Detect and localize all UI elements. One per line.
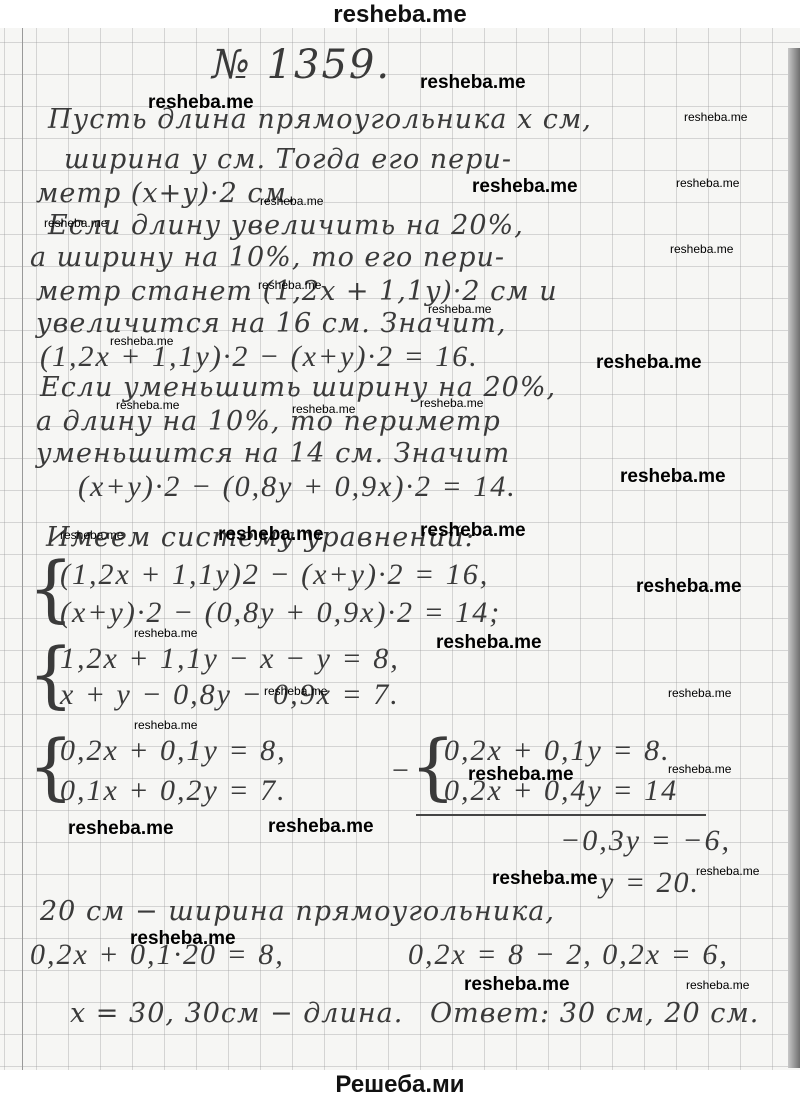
watermark: resheba.me [472, 176, 578, 198]
problem-number: № 1359. [212, 42, 391, 88]
subtraction-rule [416, 814, 706, 816]
watermark: resheba.me [134, 626, 197, 640]
equation-line-2: (x+y)·2 − (0,8y + 0,9x)·2 = 14. [78, 470, 517, 504]
watermark: resheba.me [148, 92, 254, 114]
y-value: y = 20. [600, 866, 700, 900]
watermark: resheba.me [420, 520, 526, 542]
watermark: resheba.me [110, 334, 173, 348]
watermark: resheba.me [116, 398, 179, 412]
notebook-page: № 1359. Пусть длина прямоугольника x см,… [0, 28, 800, 1070]
system3-eq2: 0,1x + 0,2y = 7. [60, 774, 287, 808]
x-value-line: x = 30, 30см − длина. [70, 998, 403, 1029]
watermark: resheba.me [218, 524, 324, 546]
system4-eq1: 0,2x + 0,1y = 8. [444, 734, 671, 768]
watermark: resheba.me [258, 278, 321, 292]
watermark: resheba.me [60, 528, 123, 542]
text-line-5: а ширину на 10%, то его пери- [30, 242, 505, 273]
site-header: resheba.me [0, 0, 800, 30]
watermark: resheba.me [264, 684, 327, 698]
watermark: resheba.me [268, 816, 374, 838]
subtraction-result: −0,3y = −6, [560, 824, 731, 858]
width-line: 20 см − ширина прямоугольника, [40, 896, 555, 927]
system3-eq1: 0,2x + 0,1y = 8, [60, 734, 287, 768]
text-line-11: уменьшится на 14 см. Значит [36, 438, 510, 469]
watermark: resheba.me [684, 110, 747, 124]
watermark: resheba.me [670, 242, 733, 256]
answer-line: Ответ: 30 см, 20 см. [430, 998, 759, 1029]
watermark: resheba.me [260, 194, 323, 208]
text-line-3: метр (x+y)·2 см. [36, 178, 296, 209]
system2-eq2: x + y − 0,8y − 0,9x = 7. [60, 678, 400, 712]
text-line-1: Пусть длина прямоугольника x см, [48, 104, 592, 135]
watermark: resheba.me [68, 818, 174, 840]
watermark: resheba.me [292, 402, 355, 416]
text-line-4: Если длину увеличить на 20%, [48, 210, 524, 241]
watermark: resheba.me [676, 176, 739, 190]
watermark: resheba.me [686, 978, 749, 992]
watermark: resheba.me [436, 632, 542, 654]
watermark: resheba.me [130, 928, 236, 950]
watermark: resheba.me [468, 764, 574, 786]
system1-eq2: (x+y)·2 − (0,8y + 0,9x)·2 = 14; [60, 596, 501, 630]
minus-sign: − [390, 754, 412, 788]
system1-eq1: (1,2x + 1,1y)2 − (x+y)·2 = 16, [60, 558, 489, 592]
watermark: resheba.me [620, 466, 726, 488]
site-footer: Решеба.ми [0, 1070, 800, 1100]
watermark: resheba.me [668, 762, 731, 776]
watermark: resheba.me [596, 352, 702, 374]
margin-line [22, 28, 23, 1070]
page-edge [788, 48, 800, 1068]
watermark: resheba.me [44, 216, 107, 230]
watermark: resheba.me [420, 72, 526, 94]
watermark: resheba.me [492, 868, 598, 890]
solve-step-line: 0,2x = 8 − 2, 0,2x = 6, [408, 938, 729, 972]
watermark: resheba.me [696, 864, 759, 878]
watermark: resheba.me [464, 974, 570, 996]
watermark: resheba.me [668, 686, 731, 700]
watermark: resheba.me [420, 396, 483, 410]
text-line-2: ширина y см. Тогда его пери- [64, 144, 512, 175]
watermark: resheba.me [134, 718, 197, 732]
system2-eq1: 1,2x + 1,1y − x − y = 8, [60, 642, 400, 676]
text-line-10: а длину на 10%, то периметр [36, 406, 501, 437]
watermark: resheba.me [636, 576, 742, 598]
equation-line-1: (1,2x + 1,1y)·2 − (x+y)·2 = 16. [40, 340, 479, 374]
watermark: resheba.me [428, 302, 491, 316]
